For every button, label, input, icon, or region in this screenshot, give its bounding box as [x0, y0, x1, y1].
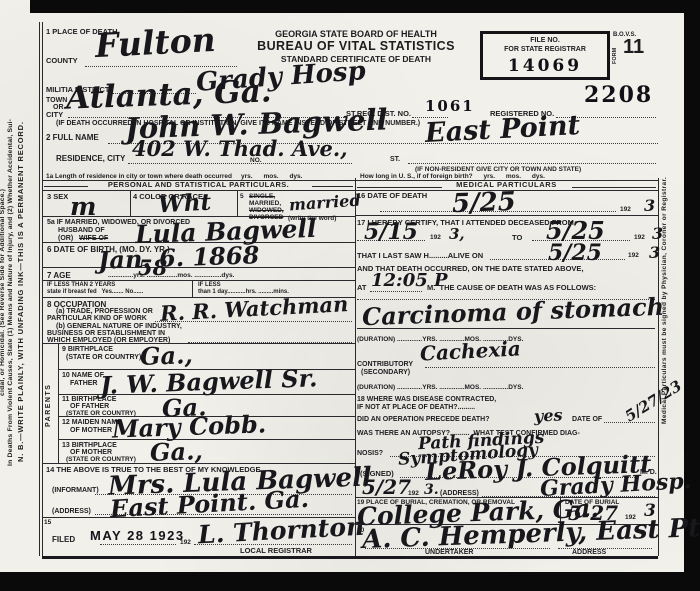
breast-cell-divider: [192, 281, 193, 297]
informant-address-label: (ADDRESS): [52, 508, 91, 516]
contracted-scribble-value: 5/27/23: [623, 378, 685, 424]
file-number-stamp: 14069: [483, 56, 607, 76]
less1-label1: IF LESS: [198, 282, 221, 289]
residence-city-label: RESIDENCE, CITY: [56, 154, 125, 163]
registered-number-value: 2208: [584, 82, 653, 108]
signed-date-value: 5/27: [362, 477, 411, 497]
death-certificate-scan: N. B.—WRITE PLAINLY, WITH UNFADING INK—T…: [0, 0, 700, 591]
file-no-label: FILE NO.: [483, 37, 607, 45]
time-line: [370, 291, 422, 292]
contributory-label: CONTRIBUTORY: [357, 361, 413, 369]
occupation-kind-label: PARTICULAR KIND OF WORK: [47, 315, 147, 323]
row-line-age: [42, 280, 355, 281]
secondary-label: (SECONDARY): [361, 369, 410, 377]
cause-line-bottom: [357, 328, 655, 329]
sex-value: m: [70, 194, 96, 219]
from-year-blank: 192: [430, 234, 441, 241]
parents-label: PARENTS: [45, 350, 52, 460]
county-label: COUNTY: [46, 57, 78, 66]
race-value: Wht: [157, 191, 211, 217]
no-label: NO.: [250, 157, 262, 164]
contributory-value: Cachexia: [420, 338, 522, 363]
form-border-bottom: [42, 556, 658, 559]
local-registrar-signature: L. Thornton: [197, 514, 364, 548]
for-state-registrar-label: FOR STATE REGISTRAR: [483, 46, 607, 54]
birthplace-label: 9 BIRTHPLACE: [62, 346, 113, 354]
date-of-death-value: 5/25: [452, 189, 517, 217]
scan-edge-top: [30, 0, 700, 13]
father-name-value: J. W. Bagwell Sr.: [100, 366, 318, 398]
marital-value: married: [289, 193, 362, 214]
filed-label: FILED: [52, 535, 75, 544]
operation-date-label: DATE OF: [572, 416, 602, 424]
street-value: 402 W. Thad. Ave.,: [132, 138, 348, 159]
age-value: 58: [138, 257, 167, 278]
at-label: AT: [357, 284, 366, 293]
attended-from-value: 5/15: [364, 221, 418, 243]
wife-of-label: WIFE OF: [79, 235, 108, 243]
mother-birthplace-value: Ga.,: [150, 439, 204, 465]
less2-label1: IF LESS THAN 2 YEARS: [47, 282, 115, 289]
dod-year-value: 3: [644, 198, 655, 214]
operation-value: yes: [534, 407, 563, 424]
st-label: ST.: [390, 156, 400, 164]
street-line: [128, 163, 352, 164]
form-number: 11: [623, 36, 644, 59]
birth-date-value: Jan. 6. 1868: [98, 243, 260, 273]
or-wife-label: (OR): [58, 235, 73, 243]
date-of-death-label: 16 DATE OF DEATH: [357, 192, 427, 201]
dod-year-blank: 192: [620, 206, 631, 213]
to-year-blank: 192: [634, 234, 645, 241]
form-label: FORM: [612, 44, 618, 68]
margin-note-violent-causes: In Deaths From Violent Causes, State (1)…: [7, 16, 14, 568]
birthplace-state-label: (STATE OR COUNTRY): [66, 354, 141, 362]
form-border-left: [42, 22, 43, 556]
full-name-label: 2 FULL NAME: [46, 133, 99, 142]
filed-line-1: [100, 544, 176, 545]
margin-note-permanent-record: N. B.—WRITE PLAINLY, WITH UNFADING INK—T…: [16, 16, 25, 568]
marital-number: 5: [240, 193, 244, 200]
cause-of-death-value: Carcinoma of stomach: [362, 295, 665, 330]
age-label: 7 AGE: [47, 271, 71, 280]
from-year-value: 3,: [449, 227, 465, 242]
less2-label2: state if breast fed Yes....... No......: [47, 289, 143, 296]
duration-label-2: (DURATION) ..............YRS. ..........…: [357, 384, 523, 391]
race-cell-divider: [237, 190, 238, 216]
informant-label: (INFORMANT): [52, 487, 99, 495]
streg-dist-value: 1061: [425, 97, 475, 115]
occupation-line-b: [188, 342, 352, 343]
contracted-label-1: 18 WHERE WAS DISEASE CONTRACTED,: [357, 396, 496, 404]
sex-cell-divider: [130, 190, 131, 216]
parents-strip-divider: [58, 343, 59, 463]
contracted-label-2: IF NOT AT PLACE OF DEATH?.........: [357, 404, 475, 412]
city-label: CITY: [46, 111, 63, 120]
contributory-line: [425, 367, 655, 368]
county-value: Fulton: [94, 23, 216, 62]
age-units: ..............yrs. .................mos.…: [108, 272, 234, 279]
to-label: TO: [512, 234, 522, 243]
operation-date-line: [604, 422, 655, 423]
scan-edge-bottom: [0, 572, 700, 591]
residence-town-line: [408, 163, 656, 164]
saw-year-value: 3: [649, 245, 660, 261]
filed-year-blank: 192: [180, 539, 191, 546]
husband-of-label: HUSBAND OF: [58, 227, 105, 235]
saw-year-blank: 192: [628, 252, 639, 259]
father-label: FATHER: [70, 380, 97, 388]
form-border-outer-left: [39, 22, 40, 556]
signed-year-value: 3.: [424, 483, 439, 497]
file-number-box: FILE NO. FOR STATE REGISTRAR 14069: [480, 31, 610, 80]
filed-date-stamp: MAY 28 1923: [90, 528, 185, 543]
father-name-label: 10 NAME OF: [62, 372, 104, 380]
local-registrar-label: LOCAL REGISTRAR: [240, 547, 312, 556]
margin-note-homicidal: cidal, or Homicidal. (See Reverse Side f…: [0, 16, 6, 568]
nosis-label: NOSIS?: [357, 450, 383, 458]
item15-number: 15: [44, 519, 51, 526]
birthplace-value: Ga.,: [140, 343, 194, 369]
certify-line-4: M. THE CAUSE OF DEATH WAS AS FOLLOWS:: [427, 284, 596, 293]
mother-birthplace-state-label: (STATE OR COUNTRY): [66, 456, 136, 463]
title-bureau: BUREAU OF VITAL STATISTICS: [240, 39, 472, 53]
undertaker-label: UNDERTAKER: [425, 549, 473, 557]
certify-line-2: THAT I LAST SAW H.........ALIVE ON: [357, 252, 483, 261]
residence-town-value: East Point: [424, 112, 580, 147]
last-saw-value: 5/25: [548, 242, 602, 264]
sex-label: 3 SEX: [47, 193, 68, 202]
mother-label: OF MOTHER: [70, 427, 112, 435]
operation-label: DID AN OPERATION PRECEDE DEATH?: [357, 416, 490, 424]
to-year-value: 3: [652, 226, 663, 242]
undertaker-address-label: ADDRESS: [572, 549, 606, 557]
title-board: GEORGIA STATE BOARD OF HEALTH: [240, 29, 472, 39]
column-divider: [355, 178, 356, 556]
scan-edge-right: [684, 0, 700, 591]
